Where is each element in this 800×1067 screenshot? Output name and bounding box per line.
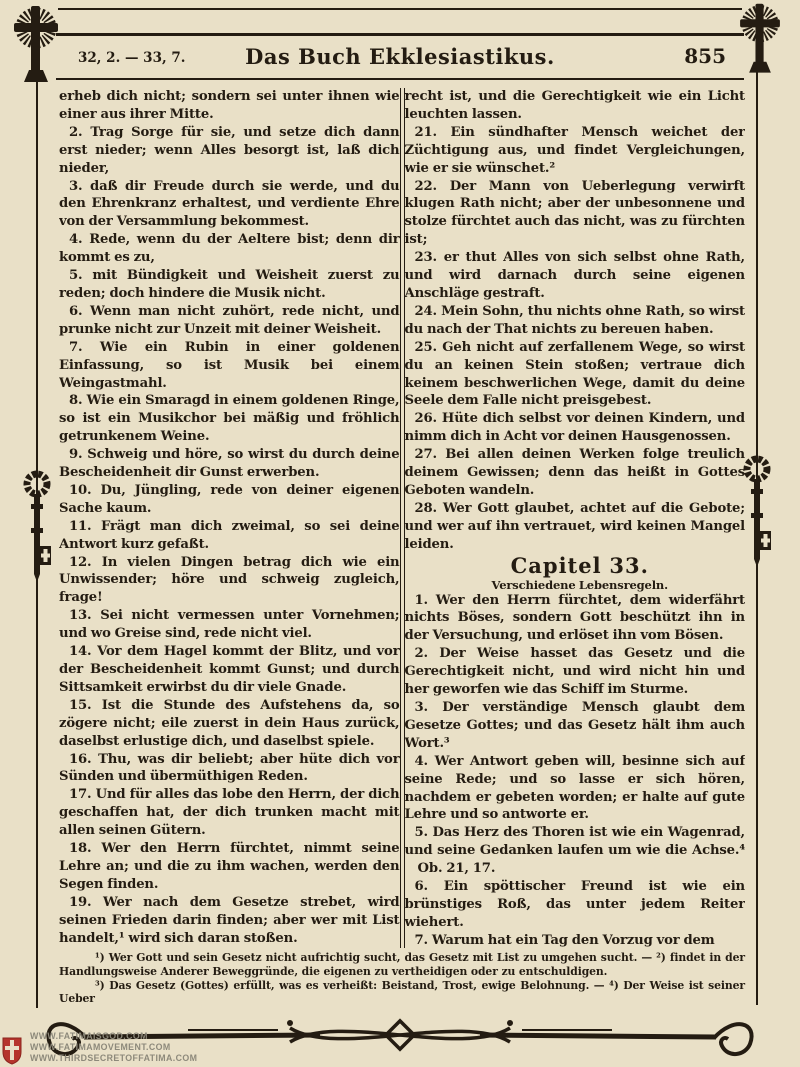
book-title: Das Buch Ekklesiastikus.: [0, 44, 800, 69]
verse-paragraph: 14. Vor dem Hagel kommt der Blitz, und v…: [59, 643, 400, 697]
verse-paragraph: 27. Bei allen deinen Werken folge treuli…: [405, 446, 746, 500]
verse-paragraph: 6. Ein spöttischer Freund ist wie ein br…: [405, 878, 746, 932]
verse-paragraph: 9. Schweig und höre, so wirst du durch d…: [59, 446, 400, 482]
verse-paragraph: 4. Wer Antwort geben will, besinne sich …: [405, 753, 746, 825]
verse-paragraph: 2. Trag Sorge für sie, und setze dich da…: [59, 124, 400, 178]
verse-paragraph: 18. Wer den Herrn fürchtet, nimmt seine …: [59, 840, 400, 894]
verse-paragraph: 20. Die den Herrn fürchten, werden finde…: [59, 948, 400, 949]
chapter-heading: Capitel 33.: [405, 554, 746, 578]
verse-paragraph: 12. In vielen Dingen betrag dich wie ein…: [59, 554, 400, 608]
verse-paragraph: 7. Warum hat ein Tag den Vorzug vor dem: [405, 932, 746, 948]
chapter-subtitle: Verschiedene Lebensregeln.: [405, 578, 746, 592]
verse-paragraph: 16. Thu, was dir beliebt; aber hüte dich…: [59, 751, 400, 787]
verse-paragraph: 6. Wenn man nicht zuhört, rede nicht, un…: [59, 303, 400, 339]
watermark-block: WWW.FATIMAISGOD.COM WWW.FATIMAMOVEMENT.C…: [30, 1031, 197, 1063]
key-ornament-right-icon: [743, 455, 771, 567]
verse-paragraph: 4. Rede, wenn du der Aeltere bist; denn …: [59, 231, 400, 267]
watermark-url: WWW.THIRDSECRETOFFATIMA.COM: [30, 1053, 197, 1064]
verse-paragraph: 5. mit Bündigkeit und Weisheit zuerst zu…: [59, 267, 400, 303]
page-number: 855: [684, 44, 726, 68]
key-ornament-left-icon: [23, 470, 51, 582]
verse-paragraph: 22. Der Mann von Ueberlegung verwirft kl…: [405, 178, 746, 250]
verse-paragraph: erheb dich nicht; sondern sei unter ihne…: [59, 88, 400, 124]
footnote: ³) Das Gesetz (Gottes) erfüllt, was es v…: [59, 979, 745, 1007]
verse-paragraph: 24. Mein Sohn, thu nichts ohne Rath, so …: [405, 303, 746, 339]
verse-paragraph: 26. Hüte dich selbst vor deinen Kindern,…: [405, 410, 746, 446]
shield-logo-icon: [1, 1036, 23, 1066]
verse-paragraph: 15. Ist die Stunde des Aufstehens da, so…: [59, 697, 400, 751]
top-rule-thick: [56, 33, 744, 36]
verse-paragraph: 8. Wie ein Smaragd in einem goldenen Rin…: [59, 392, 400, 446]
scanned-book-page: { "header": { "verse_range": "32, 2. — 3…: [0, 0, 800, 1067]
verse-paragraph: 11. Frägt man dich zweimal, so sei deine…: [59, 518, 400, 554]
verse-paragraph: 7. Wie ein Rubin in einer goldenen Einfa…: [59, 339, 400, 393]
verse-paragraph: 17. Und für alles das lobe den Herrn, de…: [59, 786, 400, 840]
header-rule: [56, 78, 744, 80]
verse-paragraph: 2. Der Weise hasset das Gesetz und die G…: [405, 645, 746, 699]
verse-paragraph: 3. daß dir Freude durch sie werde, und d…: [59, 178, 400, 232]
verse-paragraph: 28. Wer Gott glaubet, achtet auf die Geb…: [405, 500, 746, 554]
watermark-url: WWW.FATIMAISGOD.COM: [30, 1031, 197, 1042]
verse-paragraph: 5. Das Herz des Thoren ist wie ein Wagen…: [405, 824, 746, 878]
verse-paragraph: 1. Wer den Herrn fürchtet, dem widerfähr…: [405, 592, 746, 646]
verse-paragraph: 19. Wer nach dem Gesetze strebet, wird s…: [59, 894, 400, 948]
verse-paragraph: 3. Der verständige Mensch glaubt dem Ges…: [405, 699, 746, 753]
verse-paragraph: 13. Sei nicht vermessen unter Vornehmen;…: [59, 607, 400, 643]
watermark-url: WWW.FATIMAMOVEMENT.COM: [30, 1042, 197, 1053]
footnote: ¹) Wer Gott und sein Gesetz nicht aufric…: [59, 951, 745, 979]
verse-paragraph: 21. Ein sündhafter Mensch weichet der Zü…: [405, 124, 746, 178]
verse-paragraph: 25. Geh nicht auf zerfallenem Wege, so w…: [405, 339, 746, 411]
left-column: erheb dich nicht; sondern sei unter ihne…: [59, 88, 400, 948]
text-columns: erheb dich nicht; sondern sei unter ihne…: [59, 88, 745, 948]
footnotes-block: ¹) Wer Gott und sein Gesetz nicht aufric…: [59, 951, 745, 1006]
right-column: recht ist, und die Gerechtigkeit wie ein…: [405, 88, 746, 948]
verse-paragraph: 10. Du, Jüngling, rede von deiner eigene…: [59, 482, 400, 518]
verse-paragraph: 23. er thut Alles von sich selbst ohne R…: [405, 249, 746, 303]
verse-paragraph: recht ist, und die Gerechtigkeit wie ein…: [405, 88, 746, 124]
top-rule-thin: [58, 8, 742, 10]
